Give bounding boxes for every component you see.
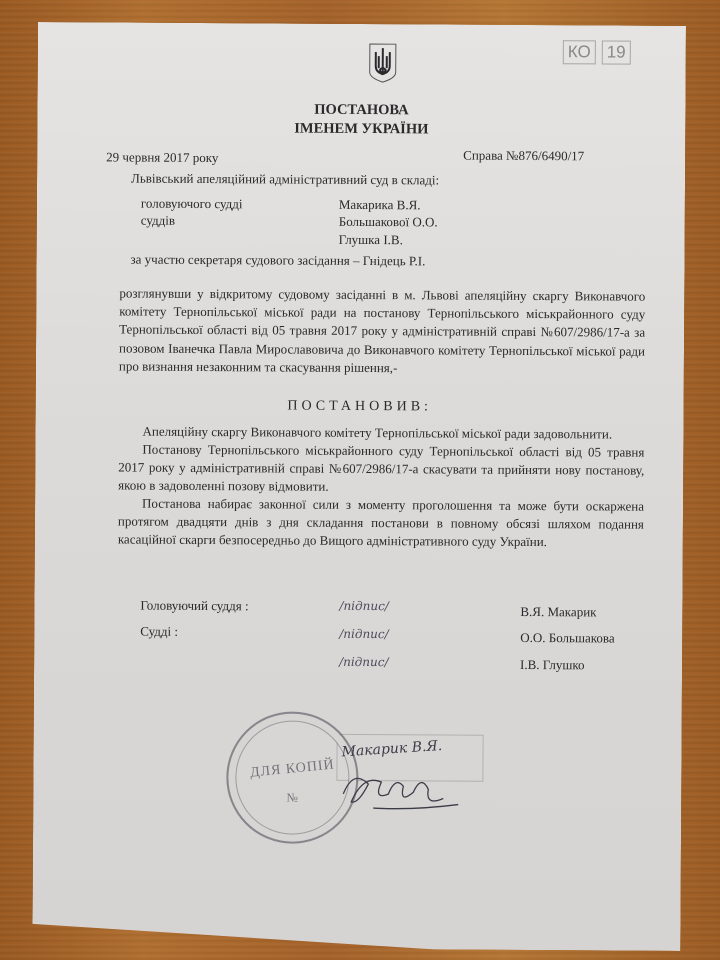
resolution-paragraph: Постанова набирає законної сили з момент…	[118, 494, 644, 552]
document-subtitle: ІМЕНЕМ УКРАЇНИ	[37, 119, 685, 140]
case-number: Справа №876/6490/17	[463, 148, 584, 165]
handwritten-signature-icon	[333, 764, 463, 815]
document-title: ПОСТАНОВА	[37, 100, 685, 121]
signature-mark: /підпис/	[339, 627, 389, 641]
judges-label: Судді :	[140, 624, 178, 640]
panel-name-presiding: Макарика В.Я.	[339, 197, 421, 213]
corner-stamp: КО 19	[563, 39, 651, 66]
preamble-paragraph: розглянувши у відкритому судовому засіда…	[119, 285, 646, 379]
court-composition: Львівський апеляційний адміністративний …	[131, 171, 439, 189]
presiding-judge-label: Головуючий суддя :	[140, 598, 248, 615]
signature-mark: /підпис/	[339, 599, 389, 613]
signatory-name: І.В. Глушко	[520, 657, 585, 673]
document-date: 29 червня 2017 року	[106, 149, 218, 166]
trident-coat-of-arms-icon	[368, 42, 398, 84]
document-page: КО 19 ПОСТАНОВА ІМЕНЕМ УКРАЇНИ 29 червня…	[32, 22, 686, 951]
resolution-heading: ПОСТАНОВИВ:	[36, 397, 684, 417]
corner-stamp-number: 19	[602, 40, 631, 64]
signatory-name: О.О. Большакова	[520, 630, 615, 647]
secretary-line: за участю секретаря судового засідання –…	[131, 252, 426, 270]
resolution-paragraph: Постанову Тернопільського міськрайонного…	[118, 440, 644, 498]
panel-name-judge-1: Большакової О.О.	[339, 214, 438, 231]
corner-stamp-code: КО	[563, 40, 596, 64]
panel-role-judges: суддів	[141, 213, 175, 229]
panel-role-presiding: головуючого судді	[141, 196, 243, 213]
panel-name-judge-2: Глушка І.В.	[339, 232, 403, 248]
signatory-name: В.Я. Макарик	[520, 604, 596, 620]
signature-mark: /підпис/	[339, 655, 389, 669]
